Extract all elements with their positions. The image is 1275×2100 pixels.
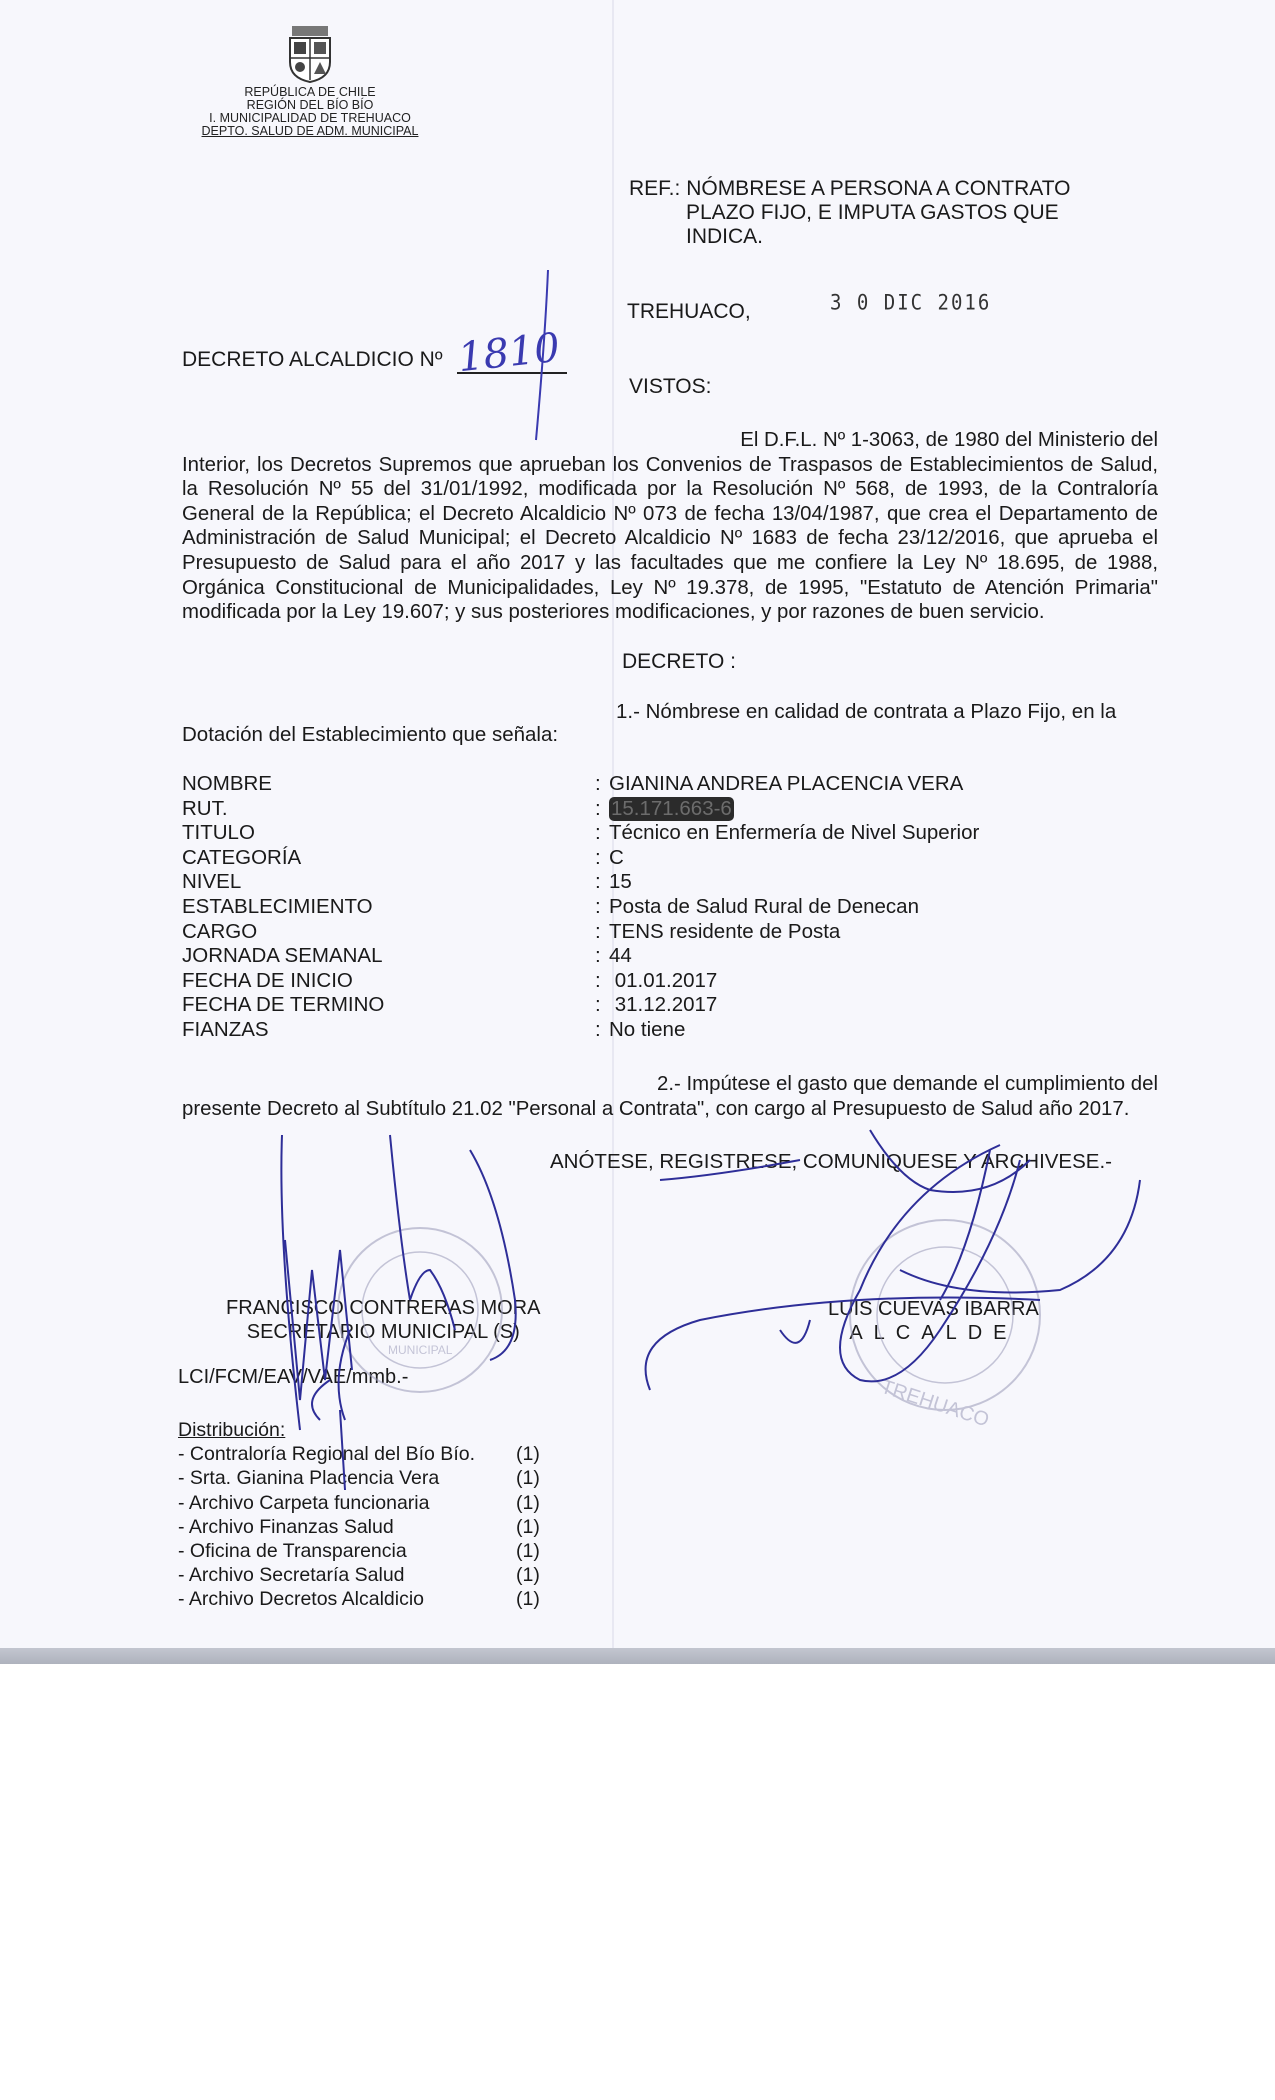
signatory-name: FRANCISCO CONTRERAS MORA — [226, 1296, 540, 1320]
distribution-heading: Distribución: — [178, 1418, 540, 1442]
field-row: JORNADA SEMANAL:44 — [182, 944, 979, 969]
vistos-paragraph: El D.F.L. Nº 1-3063, de 1980 del Ministe… — [182, 428, 1158, 625]
field-row: NOMBRE:GIANINA ANDREA PLACENCIA VERA — [182, 772, 979, 797]
closing-formula: ANÓTESE, REGISTRESE, COMUNIQUESE Y ARCHI… — [550, 1150, 1112, 1174]
article-2-paragraph: 2.- Impútese el gasto que demande el cum… — [182, 1072, 1158, 1121]
svg-text:TREHUACO: TREHUACO — [878, 1376, 992, 1432]
distribution-item: - Srta. Gianina Placencia Vera(1) — [178, 1466, 540, 1490]
signatory-title: ALCALDE — [828, 1321, 1039, 1345]
field-row: FECHA DE INICIO: 01.01.2017 — [182, 969, 979, 994]
field-value: Técnico en Enfermería de Nivel Superior — [609, 821, 979, 846]
signature-block-secretary: FRANCISCO CONTRERAS MORA SECRETARIO MUNI… — [226, 1296, 540, 1344]
letterhead: REPÚBLICA DE CHILE REGIÓN DEL BÍO BÍO I.… — [180, 86, 440, 138]
signatory-name: LUIS CUEVAS IBARRA — [828, 1297, 1039, 1321]
field-value: 01.01.2017 — [609, 969, 717, 994]
field-row: CARGO:TENS residente de Posta — [182, 920, 979, 945]
article-2-first-line: 2.- Impútese el gasto que demande el cum… — [182, 1072, 1158, 1097]
letterhead-line: DEPTO. SALUD DE ADM. MUNICIPAL — [180, 125, 440, 138]
field-row: RUT.:15.171.663-6 — [182, 797, 979, 822]
field-label: FECHA DE TERMINO — [182, 993, 595, 1018]
vistos-body: Interior, los Decretos Supremos que apru… — [182, 453, 1158, 625]
field-label: CATEGORÍA — [182, 846, 595, 871]
field-label: FIANZAS — [182, 1018, 595, 1043]
vistos-heading: VISTOS: — [629, 375, 711, 399]
reference-line: PLAZO FIJO, E IMPUTA GASTOS QUE — [629, 201, 1071, 225]
document-page: REPÚBLICA DE CHILE REGIÓN DEL BÍO BÍO I.… — [0, 0, 1275, 1662]
signatory-title: SECRETARIO MUNICIPAL (S) — [226, 1320, 540, 1344]
field-row: CATEGORÍA:C — [182, 846, 979, 871]
reference-line: NÓMBRESE A PERSONA A CONTRATO — [686, 177, 1070, 200]
field-value: Posta de Salud Rural de Denecan — [609, 895, 919, 920]
date-stamp: 3 0 DIC 2016 — [830, 291, 991, 315]
distribution-item: - Archivo Decretos Alcaldicio(1) — [178, 1587, 540, 1611]
field-row: ESTABLECIMIENTO:Posta de Salud Rural de … — [182, 895, 979, 920]
distribution-item: - Archivo Carpeta funcionaria(1) — [178, 1491, 540, 1515]
scan-edge — [0, 1648, 1275, 1664]
field-value: C — [609, 846, 624, 871]
field-label: FECHA DE INICIO — [182, 969, 595, 994]
field-value: 44 — [609, 944, 632, 969]
field-label: TITULO — [182, 821, 595, 846]
distribution-item: - Archivo Secretaría Salud(1) — [178, 1563, 540, 1587]
field-label: NIVEL — [182, 870, 595, 895]
field-label: RUT. — [182, 797, 595, 822]
field-label: CARGO — [182, 920, 595, 945]
field-value: No tiene — [609, 1018, 685, 1043]
article-1-first-line: 1.- Nómbrese en calidad de contrata a Pl… — [616, 700, 1116, 724]
field-row: NIVEL:15 — [182, 870, 979, 895]
distribution-item: - Archivo Finanzas Salud(1) — [178, 1515, 540, 1539]
field-value: 31.12.2017 — [609, 993, 717, 1018]
reference-block: REF.: NÓMBRESE A PERSONA A CONTRATO PLAZ… — [629, 177, 1071, 249]
distribution-item: - Oficina de Transparencia(1) — [178, 1539, 540, 1563]
coat-of-arms-icon — [280, 24, 340, 84]
redacted-rut-value: 15.171.663-6 — [609, 797, 734, 822]
place: TREHUACO, — [627, 300, 751, 324]
svg-text:MUNICIPAL: MUNICIPAL — [388, 1343, 453, 1357]
article-2-body: presente Decreto al Subtítulo 21.02 "Per… — [182, 1097, 1158, 1122]
decree-number-label: DECRETO ALCALDICIO Nº — [182, 348, 443, 372]
signature-block-mayor: LUIS CUEVAS IBARRA ALCALDE — [828, 1297, 1039, 1345]
field-label: JORNADA SEMANAL — [182, 944, 595, 969]
distribution-item: - Contraloría Regional del Bío Bío.(1) — [178, 1442, 540, 1466]
field-value: 15 — [609, 870, 632, 895]
field-value: TENS residente de Posta — [609, 920, 840, 945]
vistos-first-line: El D.F.L. Nº 1-3063, de 1980 del Ministe… — [182, 428, 1158, 453]
reference-label: REF.: — [629, 177, 680, 200]
drafter-initials: LCI/FCM/EAV/VAE/mmb.- — [178, 1366, 408, 1389]
field-label: ESTABLECIMIENTO — [182, 895, 595, 920]
field-row: FECHA DE TERMINO: 31.12.2017 — [182, 993, 979, 1018]
field-label: NOMBRE — [182, 772, 595, 797]
decreto-heading: DECRETO : — [622, 650, 736, 674]
article-1-second-line: Dotación del Establecimiento que señala: — [182, 723, 558, 747]
reference-line: INDICA. — [629, 225, 1071, 249]
field-row: TITULO:Técnico en Enfermería de Nivel Su… — [182, 821, 979, 846]
field-value: GIANINA ANDREA PLACENCIA VERA — [609, 772, 963, 797]
appointment-fields: NOMBRE:GIANINA ANDREA PLACENCIA VERA RUT… — [182, 772, 979, 1043]
distribution-list: Distribución: - Contraloría Regional del… — [178, 1418, 540, 1612]
field-row: FIANZAS:No tiene — [182, 1018, 979, 1043]
